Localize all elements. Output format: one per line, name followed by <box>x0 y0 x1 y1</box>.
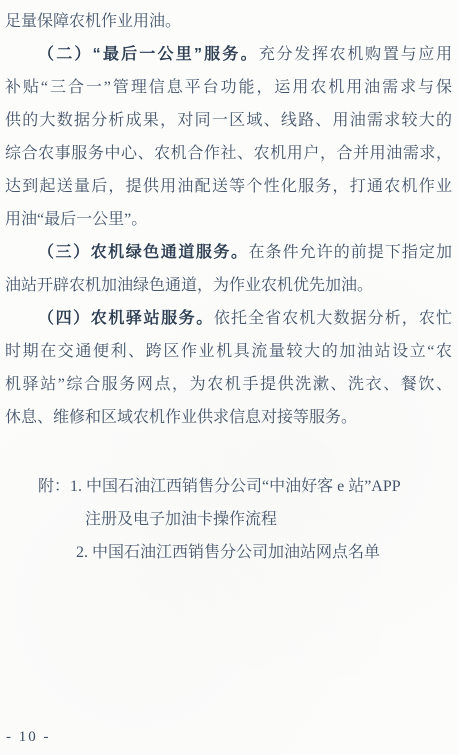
text-line: 供的大数据分析成果，对同一区域、线路、用油需求较大的 <box>5 104 452 137</box>
text-line: 用油“最后一公里”。 <box>5 203 452 236</box>
document-page: 足量保障农机作业用油。（二）“最后一公里”服务。充分发挥农机购置与应用补贴“三合… <box>0 0 458 755</box>
text-line: 休息、维修和区域农机作业供求信息对接等服务。 <box>5 401 452 434</box>
text-segment: 油站开辟农机加油绿色通道，为作业农机优先加油。 <box>5 277 373 294</box>
section-heading-line: （四）农机驿站服务。依托全省农机大数据分析，农忙 <box>5 302 452 335</box>
text-line: 达到起送量后，提供用油配送等个性化服务，打通农机作业 <box>5 170 452 203</box>
text-segment: 补贴“三合一”管理信息平台功能，运用农机用油需求与保 <box>5 79 452 96</box>
text-segment: 依托全省农机大数据分析，农忙 <box>214 310 452 327</box>
text-line: 机驿站”综合服务网点，为农机手提供洗漱、洗衣、餐饮、 <box>5 368 452 401</box>
text-segment: 供的大数据分析成果，对同一区域、线路、用油需求较大的 <box>5 112 452 129</box>
text-segment: 充分发挥农机购置与应用 <box>259 46 452 63</box>
page-number: - 10 - <box>6 729 51 746</box>
text-segment: 达到起送量后，提供用油配送等个性化服务，打通农机作业 <box>5 178 452 195</box>
text-line: 油站开辟农机加油绿色通道，为作业农机优先加油。 <box>5 269 452 302</box>
text-segment: 用油“最后一公里”。 <box>5 211 147 228</box>
text-segment: 在条件允许的前提下指定加 <box>249 244 452 261</box>
section-heading-line: （二）“最后一公里”服务。充分发挥农机购置与应用 <box>5 38 452 71</box>
text-segment: 足量保障农机作业用油。 <box>5 13 181 30</box>
attachment-line: 附：1. 中国石油江西销售分公司“中油好客 e 站”APP <box>38 470 452 503</box>
text-segment: 机驿站”综合服务网点，为农机手提供洗漱、洗衣、餐饮、 <box>5 376 452 393</box>
heading-segment: （三）农机绿色通道服务。 <box>38 244 249 261</box>
text-segment: 综合农事服务中心、农机合作社、农机用户，合并用油需求， <box>5 145 452 162</box>
text-line: 综合农事服务中心、农机合作社、农机用户，合并用油需求， <box>5 137 452 170</box>
attachment-line: 2. 中国石油江西销售分公司加油站网点名单 <box>76 536 452 569</box>
attachment-list: 附：1. 中国石油江西销售分公司“中油好客 e 站”APP注册及电子加油卡操作流… <box>5 470 452 569</box>
section-heading-line: （三）农机绿色通道服务。在条件允许的前提下指定加 <box>5 236 452 269</box>
body-text: 足量保障农机作业用油。（二）“最后一公里”服务。充分发挥农机购置与应用补贴“三合… <box>5 5 452 434</box>
text-line: 足量保障农机作业用油。 <box>5 5 452 38</box>
attachment-line: 注册及电子加油卡操作流程 <box>85 503 452 536</box>
text-segment: 时期在交通便利、跨区作业机具流量较大的加油站设立“农 <box>5 343 452 360</box>
text-segment: 休息、维修和区域农机作业供求信息对接等服务。 <box>5 409 357 426</box>
heading-segment: （四）农机驿站服务。 <box>38 310 214 327</box>
text-line: 时期在交通便利、跨区作业机具流量较大的加油站设立“农 <box>5 335 452 368</box>
heading-segment: （二）“最后一公里”服务。 <box>38 46 259 63</box>
text-line: 补贴“三合一”管理信息平台功能，运用农机用油需求与保 <box>5 71 452 104</box>
